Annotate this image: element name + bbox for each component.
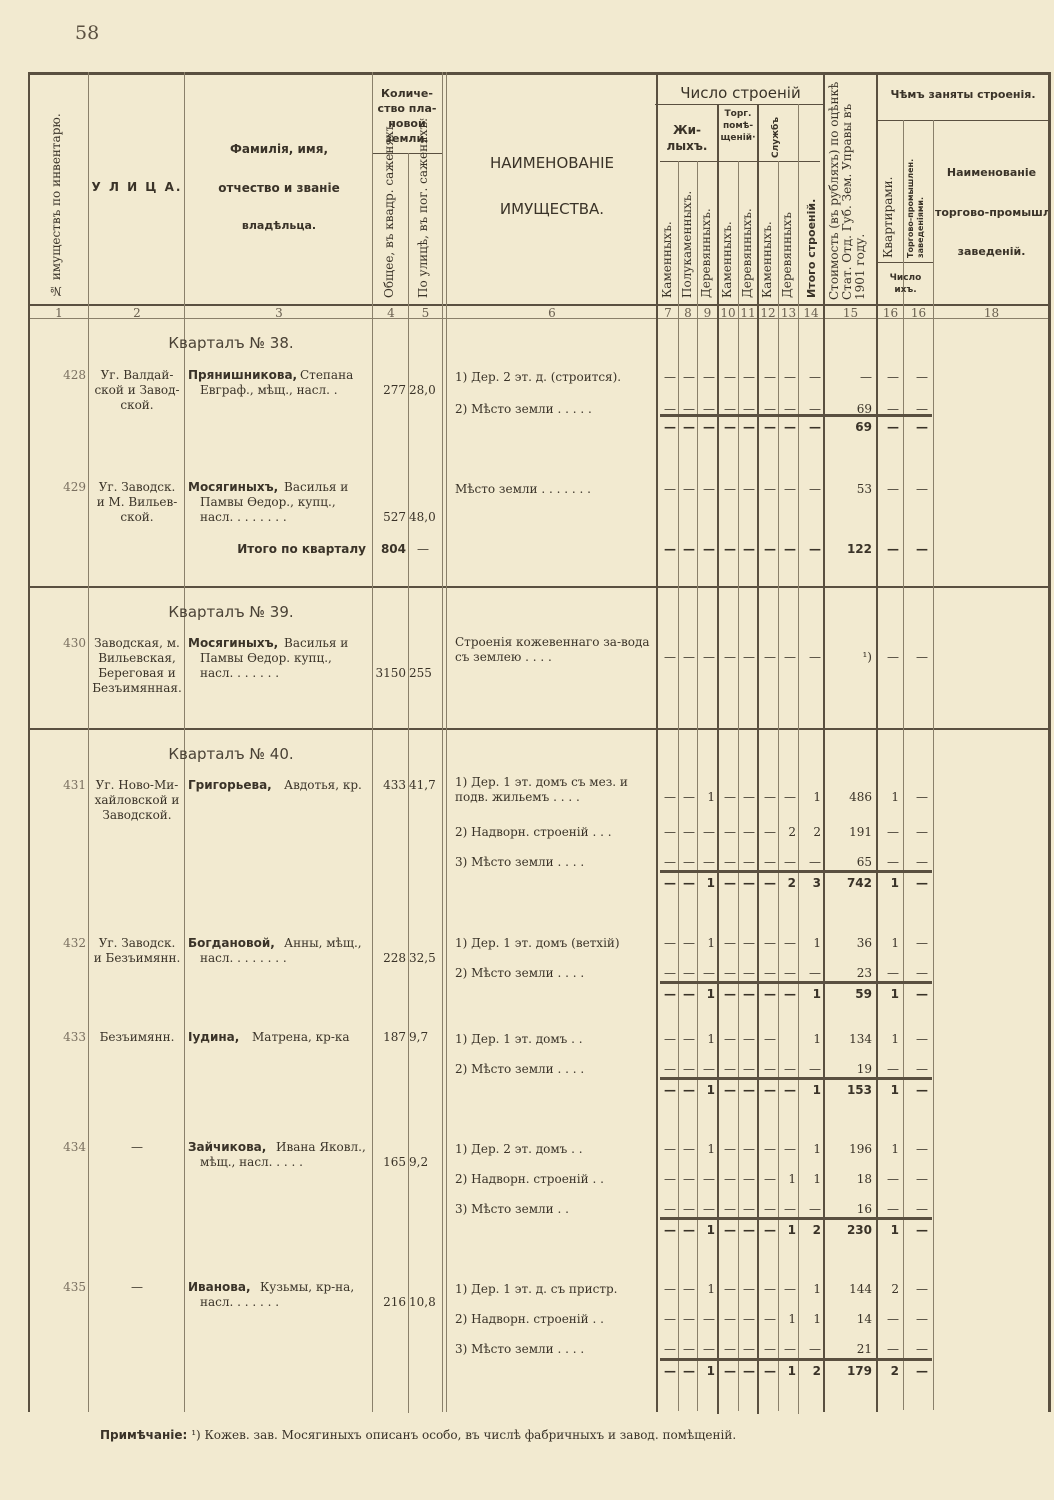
- building-count-cell: —: [658, 825, 676, 839]
- building-count-cell: —: [718, 966, 736, 980]
- apartments-cell: —: [878, 825, 899, 839]
- quarter-total-label: Итого по кварталу: [188, 542, 366, 556]
- building-count-cell: —: [739, 1062, 755, 1076]
- building-count-cell: 1: [779, 1223, 796, 1237]
- building-count-cell: —: [758, 482, 776, 496]
- building-count-cell: —: [779, 987, 796, 1001]
- building-count-cell: —: [718, 855, 736, 869]
- building-count-cell: —: [799, 1202, 821, 1216]
- building-count-cell: —: [739, 966, 755, 980]
- street-length: 9,2: [409, 1155, 439, 1169]
- header-service: Службъ: [770, 110, 783, 158]
- street-name: Береговая и: [90, 666, 184, 680]
- sum-rule: [660, 414, 932, 417]
- building-count-cell: —: [718, 1142, 736, 1156]
- colnum: 12: [758, 306, 778, 320]
- header-occupied-group: Чѣмъ заняты строенія.: [878, 88, 1048, 101]
- building-count-cell: 1: [698, 790, 715, 804]
- colnum: 15: [825, 306, 876, 320]
- building-count-cell: —: [739, 370, 755, 384]
- owner-details: Василья и: [284, 636, 348, 650]
- building-count-cell: 1: [799, 1312, 821, 1326]
- building-count-cell: —: [718, 370, 736, 384]
- building-count-cell: —: [758, 936, 776, 950]
- apartments-cell: 1: [878, 987, 899, 1001]
- building-count-cell: —: [799, 1062, 821, 1076]
- value-cell: 486: [825, 790, 872, 804]
- quarter-divider: [28, 728, 1048, 730]
- building-count-cell: —: [758, 966, 776, 980]
- building-count-cell: —: [658, 1062, 676, 1076]
- colnum: 10: [718, 306, 738, 320]
- building-count-cell: —: [758, 1202, 776, 1216]
- street-name: Уг. Заводск.: [90, 936, 184, 950]
- footnote: Примѣчаніе: ¹) Кожев. зав. Мосягиныхъ оп…: [100, 1428, 736, 1442]
- building-count-cell: —: [758, 420, 776, 434]
- trade-cell: —: [904, 1032, 928, 1046]
- inventory-number: 428: [30, 368, 86, 382]
- colnum: 4: [374, 306, 408, 320]
- building-count-cell: —: [758, 1312, 776, 1326]
- header-col12: Каменныхъ.: [761, 170, 774, 298]
- colnum: 16: [878, 306, 903, 320]
- building-count-cell: —: [739, 420, 755, 434]
- building-count-cell: —: [698, 825, 715, 839]
- building-count-cell: 1: [779, 1364, 796, 1378]
- street-name: Вильевская,: [90, 651, 184, 665]
- apartments-cell: —: [878, 1342, 899, 1356]
- building-count-cell: —: [758, 825, 776, 839]
- property-item-name: 2) Надворн. строеній . . .: [455, 825, 653, 840]
- footnote-label: Примѣчаніе:: [100, 1428, 187, 1442]
- trade-cell: —: [904, 1083, 928, 1097]
- value-cell: 14: [825, 1312, 872, 1326]
- quarter-total-area: 804: [374, 542, 406, 556]
- inventory-number: 430: [30, 636, 86, 650]
- land-area: 527: [374, 510, 406, 524]
- building-count-cell: —: [658, 650, 676, 664]
- building-count-cell: —: [658, 790, 676, 804]
- sum-rule: [660, 870, 932, 873]
- building-count-cell: —: [679, 1032, 695, 1046]
- property-item-name: 1) Дер. 1 эт. д. съ пристр.: [455, 1282, 653, 1297]
- building-count-cell: 1: [799, 987, 821, 1001]
- building-count-cell: —: [658, 1282, 676, 1296]
- building-count-cell: 1: [779, 1312, 796, 1326]
- building-count-cell: 1: [779, 1172, 796, 1186]
- apartments-cell: 1: [878, 1083, 899, 1097]
- building-count-cell: —: [679, 420, 695, 434]
- street-length: 48,0: [409, 510, 439, 524]
- building-count-cell: —: [779, 1282, 796, 1296]
- building-count-cell: —: [779, 420, 796, 434]
- sum-rule: [660, 1077, 932, 1080]
- trade-cell: —: [904, 1364, 928, 1378]
- col-line: [372, 72, 373, 1412]
- land-area: 433: [374, 778, 406, 792]
- header-owner-line2: отчество и званіе: [186, 181, 372, 195]
- building-count-cell: —: [658, 855, 676, 869]
- building-count-cell: —: [658, 876, 676, 890]
- building-count-cell: —: [779, 482, 796, 496]
- building-count-cell: 1: [799, 1032, 821, 1046]
- apartments-cell: 1: [878, 790, 899, 804]
- building-count-cell: —: [799, 370, 821, 384]
- building-count-cell: —: [658, 1223, 676, 1237]
- owner-details: Памвы Өедор., купц.,: [200, 495, 336, 509]
- colnum: 1: [30, 306, 88, 320]
- colnum: 11: [739, 306, 757, 320]
- building-count-cell: —: [698, 1202, 715, 1216]
- building-count-cell: —: [718, 1364, 736, 1378]
- building-count-cell: —: [758, 790, 776, 804]
- building-count-cell: —: [718, 790, 736, 804]
- building-count-cell: —: [679, 1223, 695, 1237]
- property-item-name: 2) Мѣсто земли . . . .: [455, 966, 653, 981]
- apartments-cell: —: [878, 1172, 899, 1186]
- street-name: Заводская, м.: [90, 636, 184, 650]
- building-count-cell: —: [698, 1342, 715, 1356]
- building-count-cell: —: [679, 1342, 695, 1356]
- street-length: 32,5: [409, 951, 439, 965]
- street-length: 41,7: [409, 778, 439, 792]
- land-area: 277: [374, 383, 406, 397]
- trade-cell: —: [904, 1062, 928, 1076]
- quarter-divider: [28, 586, 1048, 588]
- building-count-cell: —: [758, 650, 776, 664]
- building-count-cell: —: [799, 650, 821, 664]
- street-name: ской и Завод-: [90, 383, 184, 397]
- building-count-cell: —: [739, 825, 755, 839]
- owner-surname: Богдановой,: [188, 936, 275, 950]
- building-count-cell: —: [739, 1172, 755, 1186]
- building-count-cell: —: [698, 542, 715, 556]
- building-count-cell: —: [679, 825, 695, 839]
- building-count-cell: 2: [799, 825, 821, 839]
- inventory-number: 432: [30, 936, 86, 950]
- trade-cell: —: [904, 876, 928, 890]
- header-area-total: Общее, въ квадр. саженяхъ.: [383, 158, 396, 298]
- building-count-cell: —: [718, 1032, 736, 1046]
- property-item-name: 3) Мѣсто земли . . . .: [455, 1342, 653, 1357]
- street-length: 10,8: [409, 1295, 439, 1309]
- building-count-cell: —: [779, 370, 796, 384]
- building-count-cell: —: [779, 542, 796, 556]
- building-count-cell: —: [739, 987, 755, 1001]
- header-inventory-no: № имуществъ по инвентарю.: [50, 88, 63, 298]
- street-name: и М. Вильев-: [90, 495, 184, 509]
- value-cell: 179: [825, 1364, 872, 1378]
- building-count-cell: —: [739, 482, 755, 496]
- building-count-cell: —: [779, 1342, 796, 1356]
- trade-cell: —: [904, 987, 928, 1001]
- apartments-cell: —: [878, 855, 899, 869]
- building-count-cell: 1: [799, 1142, 821, 1156]
- apartments-cell: —: [878, 370, 899, 384]
- frame-left: [28, 72, 30, 1412]
- header-count: Число ихъ.: [878, 272, 933, 296]
- trade-cell: —: [904, 1223, 928, 1237]
- building-count-cell: —: [718, 1202, 736, 1216]
- owner-details: Авдотья, кр.: [284, 778, 362, 792]
- building-count-cell: 1: [698, 1032, 715, 1046]
- building-count-cell: —: [658, 1083, 676, 1097]
- building-count-cell: —: [779, 936, 796, 950]
- building-count-cell: 2: [779, 876, 796, 890]
- property-item-name: 3) Мѣсто земли . .: [455, 1202, 653, 1217]
- building-count-cell: —: [758, 542, 776, 556]
- trade-cell: —: [904, 855, 928, 869]
- building-count-cell: 1: [799, 1282, 821, 1296]
- building-count-cell: —: [679, 790, 695, 804]
- value-cell: ¹): [825, 650, 872, 664]
- header-col14: Итого строеній.: [805, 170, 818, 298]
- land-area: 216: [374, 1295, 406, 1309]
- trade-cell: —: [904, 966, 928, 980]
- street-length: 9,7: [409, 1030, 439, 1044]
- street-name: Заводской.: [90, 808, 184, 822]
- building-count-cell: —: [718, 650, 736, 664]
- building-count-cell: 2: [799, 1364, 821, 1378]
- colnum: 13: [779, 306, 798, 320]
- building-count-cell: 1: [799, 790, 821, 804]
- building-count-cell: —: [758, 1223, 776, 1237]
- apartments-cell: —: [878, 482, 899, 496]
- value-cell: 36: [825, 936, 872, 950]
- inventory-number: 431: [30, 778, 86, 792]
- quarter-total-street: —: [409, 542, 437, 556]
- building-count-cell: —: [758, 1342, 776, 1356]
- header-residential: Жи-лыхъ.: [658, 122, 716, 154]
- header-street-length: По улицѣ, въ пог. саженяхъ.: [417, 158, 430, 298]
- building-count-cell: —: [718, 1062, 736, 1076]
- building-count-cell: —: [679, 542, 695, 556]
- building-count-cell: —: [779, 1083, 796, 1097]
- sum-rule: [660, 981, 932, 984]
- header-col15: Стоимость (въ рубляхъ) по оцѣнкѣ Стат. О…: [828, 80, 873, 300]
- header-col9: Деревянныхъ.: [700, 170, 713, 298]
- value-cell: 153: [825, 1083, 872, 1097]
- street-name: Уг. Заводск.: [90, 480, 184, 494]
- building-count-cell: —: [739, 1223, 755, 1237]
- trade-cell: —: [904, 1342, 928, 1356]
- value-cell: 742: [825, 876, 872, 890]
- value-cell: 53: [825, 482, 872, 496]
- building-count-cell: 1: [698, 876, 715, 890]
- trade-cell: —: [904, 790, 928, 804]
- trade-cell: —: [904, 650, 928, 664]
- apartments-cell: 1: [878, 1223, 899, 1237]
- building-count-cell: —: [779, 966, 796, 980]
- property-item-name: 1) Дер. 1 эт. домъ (ветхій): [455, 936, 653, 951]
- apartments-cell: —: [878, 1202, 899, 1216]
- building-count-cell: —: [739, 936, 755, 950]
- value-cell: 191: [825, 825, 872, 839]
- building-count-cell: —: [779, 1142, 796, 1156]
- building-count-cell: —: [718, 825, 736, 839]
- building-count-cell: —: [758, 855, 776, 869]
- building-count-cell: —: [799, 420, 821, 434]
- building-count-cell: —: [658, 482, 676, 496]
- building-count-cell: —: [718, 1172, 736, 1186]
- building-count-cell: —: [799, 966, 821, 980]
- divider: [878, 262, 933, 263]
- building-count-cell: —: [698, 650, 715, 664]
- owner-details: Анны, мѣщ.,: [284, 936, 362, 950]
- header-buildings-group: Число строеній: [658, 84, 823, 102]
- building-count-cell: —: [739, 542, 755, 556]
- building-count-cell: —: [679, 1083, 695, 1097]
- trade-cell: —: [904, 936, 928, 950]
- owner-details: насл. . . . . . .: [200, 1295, 279, 1309]
- street-name: хайловской и: [90, 793, 184, 807]
- building-count-cell: —: [679, 987, 695, 1001]
- building-count-cell: —: [658, 1172, 676, 1186]
- trade-cell: —: [904, 420, 928, 434]
- building-count-cell: —: [718, 482, 736, 496]
- owner-details: Ивана Яковл.,: [276, 1140, 366, 1154]
- building-count-cell: 1: [698, 936, 715, 950]
- apartments-cell: 1: [878, 876, 899, 890]
- inventory-number: 433: [30, 1030, 86, 1044]
- value-cell: 122: [825, 542, 872, 556]
- value-cell: 144: [825, 1282, 872, 1296]
- building-count-cell: 2: [799, 1223, 821, 1237]
- building-count-cell: —: [698, 482, 715, 496]
- building-count-cell: —: [698, 420, 715, 434]
- building-count-cell: —: [779, 1202, 796, 1216]
- colnum: 8: [679, 306, 697, 320]
- property-item-name: 2) Надворн. строеній . .: [455, 1172, 653, 1187]
- building-count-cell: —: [658, 420, 676, 434]
- building-count-cell: —: [799, 855, 821, 869]
- building-count-cell: —: [679, 876, 695, 890]
- apartments-cell: 1: [878, 1032, 899, 1046]
- trade-cell: —: [904, 1282, 928, 1296]
- sum-rule: [660, 1358, 932, 1361]
- building-count-cell: —: [758, 987, 776, 1001]
- building-count-cell: —: [739, 855, 755, 869]
- header-col18-line1: Наименованіе: [935, 166, 1048, 179]
- building-count-cell: —: [679, 1172, 695, 1186]
- building-count-cell: 2: [779, 825, 796, 839]
- value-cell: 134: [825, 1032, 872, 1046]
- owner-surname: Прянишникова,: [188, 368, 297, 382]
- colnum: 2: [90, 306, 184, 320]
- owner-details: Памвы Өедор. купц.,: [200, 651, 332, 665]
- property-item-name: 1) Дер. 1 эт. домъ . .: [455, 1032, 653, 1047]
- value-cell: —: [825, 370, 872, 384]
- building-count-cell: —: [679, 1364, 695, 1378]
- owner-surname: Мосягиныхъ,: [188, 636, 278, 650]
- building-count-cell: 3: [799, 876, 821, 890]
- building-count-cell: —: [679, 1202, 695, 1216]
- property-item-name: 1) Дер. 2 эт. домъ . .: [455, 1142, 653, 1157]
- building-count-cell: —: [698, 855, 715, 869]
- building-count-cell: —: [779, 1062, 796, 1076]
- building-count-cell: —: [718, 1083, 736, 1097]
- value-cell: 65: [825, 855, 872, 869]
- street-name: Безъимянная.: [90, 681, 184, 695]
- property-item-name: 1) Дер. 1 эт. домъ съ мез. и подв. жилье…: [455, 775, 653, 805]
- property-item-name: 2) Надворн. строеній . .: [455, 1312, 653, 1327]
- building-count-cell: —: [679, 936, 695, 950]
- building-count-cell: —: [658, 1342, 676, 1356]
- col-line: [446, 72, 447, 1412]
- header-col10: Каменныхъ.: [721, 170, 734, 298]
- quarter-title: Кварталъ № 39.: [90, 603, 372, 621]
- value-cell: 59: [825, 987, 872, 1001]
- building-count-cell: —: [679, 650, 695, 664]
- apartments-cell: 1: [878, 936, 899, 950]
- trade-cell: —: [904, 482, 928, 496]
- building-count-cell: 1: [698, 1223, 715, 1237]
- building-count-cell: —: [758, 1282, 776, 1296]
- building-count-cell: —: [758, 1083, 776, 1097]
- inventory-number: 435: [30, 1280, 86, 1294]
- building-count-cell: —: [698, 966, 715, 980]
- col-line: [442, 72, 443, 1412]
- street-name: —: [90, 1140, 184, 1154]
- building-count-cell: —: [718, 936, 736, 950]
- building-count-cell: —: [658, 987, 676, 1001]
- building-count-cell: —: [739, 1342, 755, 1356]
- building-count-cell: —: [679, 1062, 695, 1076]
- building-count-cell: —: [758, 1032, 776, 1046]
- building-count-cell: —: [758, 1062, 776, 1076]
- colnum: 18: [935, 306, 1048, 320]
- colnum: 7: [658, 306, 678, 320]
- owner-details: насл. . . . . . . .: [200, 951, 287, 965]
- inventory-number: 429: [30, 480, 86, 494]
- building-count-cell: —: [739, 1202, 755, 1216]
- building-count-cell: —: [718, 1223, 736, 1237]
- header-street: У Л И Ц А.: [90, 180, 184, 194]
- building-count-cell: —: [658, 1202, 676, 1216]
- header-owner-line1: Фамилія, имя,: [186, 142, 372, 156]
- inventory-number: 434: [30, 1140, 86, 1154]
- building-count-cell: —: [658, 542, 676, 556]
- header-owner-line3: владѣльца.: [186, 219, 372, 232]
- header-col7: Каменныхъ.: [661, 170, 674, 298]
- owner-surname: Зайчикова,: [188, 1140, 266, 1154]
- building-count-cell: —: [679, 1142, 695, 1156]
- building-count-cell: —: [679, 966, 695, 980]
- building-count-cell: —: [698, 1312, 715, 1326]
- property-item-name: 3) Мѣсто земли . . . .: [455, 855, 653, 870]
- building-count-cell: —: [658, 370, 676, 384]
- trade-cell: —: [904, 1202, 928, 1216]
- building-count-cell: —: [739, 1142, 755, 1156]
- owner-surname: Иванова,: [188, 1280, 251, 1294]
- building-count-cell: —: [698, 1172, 715, 1186]
- col-line: [184, 72, 185, 1412]
- building-count-cell: —: [739, 876, 755, 890]
- trade-cell: —: [904, 1172, 928, 1186]
- trade-cell: —: [904, 1142, 928, 1156]
- building-count-cell: —: [739, 1032, 755, 1046]
- trade-cell: —: [904, 1312, 928, 1326]
- header-col16b: Торгово-промышлен. заведеніями.: [906, 125, 930, 258]
- owner-details: насл. . . . . . .: [200, 666, 279, 680]
- owner-surname: Мосягиныхъ,: [188, 480, 278, 494]
- building-count-cell: 1: [698, 1364, 715, 1378]
- building-count-cell: —: [799, 542, 821, 556]
- building-count-cell: —: [679, 1282, 695, 1296]
- building-count-cell: —: [739, 1364, 755, 1378]
- building-count-cell: —: [758, 370, 776, 384]
- building-count-cell: —: [679, 855, 695, 869]
